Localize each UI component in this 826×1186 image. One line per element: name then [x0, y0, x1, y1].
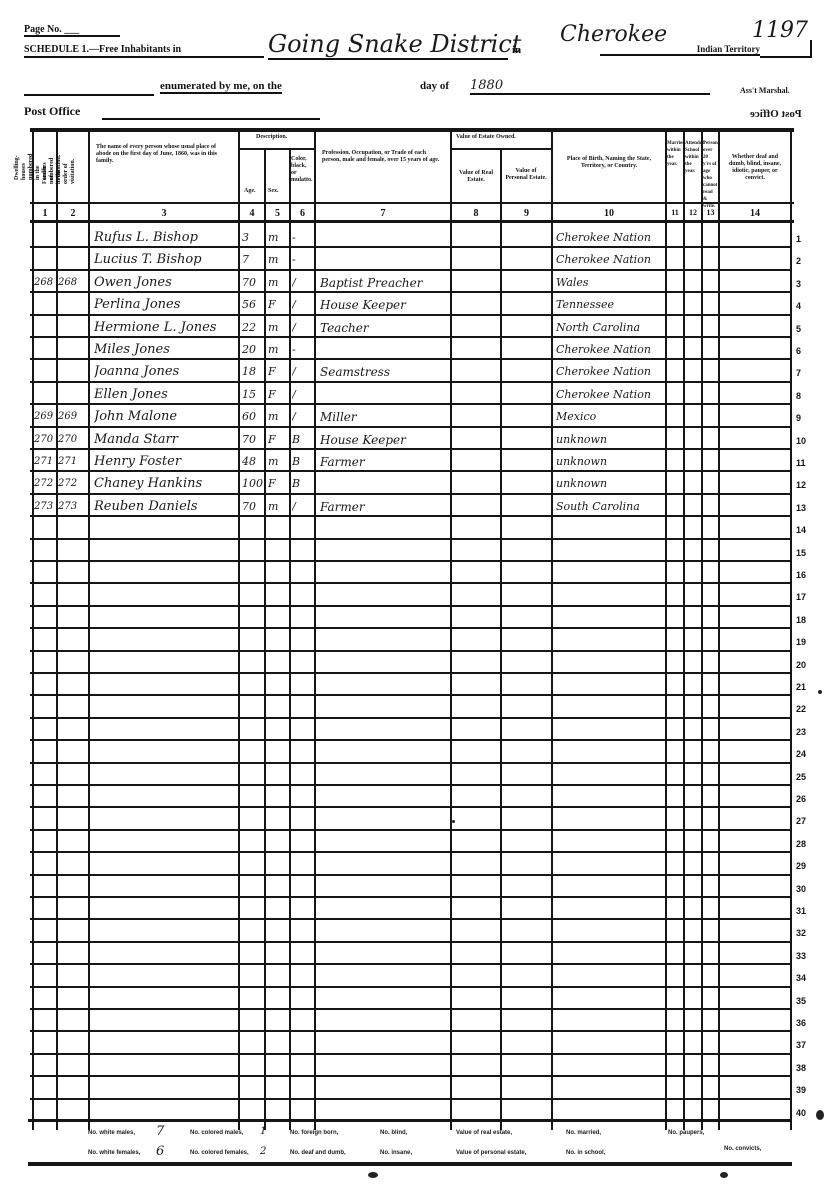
line-number: 30 — [796, 884, 806, 894]
line-number: 18 — [796, 615, 806, 625]
cell-sex: m — [268, 342, 288, 358]
footer-blind-label: No. blind, — [380, 1130, 407, 1136]
col-divider-14 — [790, 130, 792, 1130]
line-number: 4 — [796, 301, 801, 311]
cell-name: Hermione L. Jones — [94, 320, 236, 336]
footer-white-females-value: 6 — [156, 1144, 164, 1159]
col-divider-8 — [500, 150, 502, 1130]
cell-name: Manda Starr — [94, 432, 236, 448]
post-office-blank — [102, 118, 320, 120]
cell-dwelling: 271 — [34, 454, 56, 470]
cell-name: Lucius T. Bishop — [94, 252, 236, 268]
row-rule — [30, 941, 790, 943]
cell-name: Chaney Hankins — [94, 476, 236, 492]
enumerated-label: enumerated by me, on the — [160, 80, 282, 94]
line-number: 9 — [796, 413, 801, 423]
colnum-10: 10 — [553, 208, 665, 219]
cell-sex: m — [268, 320, 288, 336]
schedule-label: SCHEDULE 1.—Free Inhabitants in — [24, 44, 264, 58]
cell-dwelling: 273 — [34, 499, 56, 515]
row-rule — [30, 694, 790, 696]
cell-occupation: Farmer — [320, 454, 448, 470]
colnum-14: 14 — [720, 208, 790, 219]
cell-sex: m — [268, 230, 288, 246]
cell-birthplace: unknown — [556, 454, 664, 470]
footer-white-males-label: No. white males, — [88, 1130, 135, 1136]
col-divider-6 — [314, 130, 316, 1130]
line-number: 12 — [796, 480, 806, 490]
cell-color: / — [292, 499, 312, 515]
cell-dwelling: 272 — [34, 476, 56, 492]
cell-sex: m — [268, 252, 288, 268]
cell-name: Rufus L. Bishop — [94, 230, 236, 246]
col4-header: Age. — [244, 188, 256, 195]
cell-birthplace: unknown — [556, 432, 664, 448]
line-number: 28 — [796, 839, 806, 849]
row-rule — [30, 918, 790, 920]
line-number: 37 — [796, 1040, 806, 1050]
cell-birthplace: Cherokee Nation — [556, 230, 664, 246]
cell-occupation: House Keeper — [320, 297, 448, 313]
row-rule — [30, 515, 790, 517]
line-number: 2 — [796, 256, 801, 266]
cell-birthplace: Mexico — [556, 409, 664, 425]
cell-color: - — [292, 252, 312, 268]
sheet-number-bracket — [760, 40, 812, 58]
footer-col-males-label: No. colored males, — [190, 1130, 243, 1136]
cell-sex: m — [268, 275, 288, 291]
footer-foreign-born-label: No. foreign born, — [290, 1130, 338, 1136]
line-number: 39 — [796, 1085, 806, 1095]
cell-age: 22 — [242, 320, 264, 336]
row-rule — [30, 1053, 790, 1055]
row-rule — [30, 582, 790, 584]
cell-age: 56 — [242, 297, 264, 313]
col-divider-13 — [718, 130, 720, 1130]
row-rule — [30, 1075, 790, 1077]
cell-sex: F — [268, 387, 288, 403]
line-number: 5 — [796, 324, 801, 334]
ink-speck — [818, 690, 822, 694]
row-rule — [30, 493, 790, 495]
footer-personal-label: Value of personal estate, — [456, 1150, 526, 1156]
row-rule — [30, 986, 790, 988]
enumeration-date: 1880 — [470, 78, 710, 95]
cell-dwelling: 269 — [34, 409, 56, 425]
cell-age: 7 — [242, 252, 264, 268]
cell-dwelling: 268 — [34, 275, 56, 291]
ink-speck — [816, 1110, 824, 1120]
row-rule — [30, 784, 790, 786]
cell-sex: F — [268, 476, 288, 492]
line-number: 24 — [796, 749, 806, 759]
line-number: 19 — [796, 637, 806, 647]
value-estate-underline — [450, 148, 551, 150]
cell-birthplace: South Carolina — [556, 499, 664, 515]
colnum-1: 1 — [34, 208, 56, 219]
line-number: 16 — [796, 570, 806, 580]
col8-header: Value of Real Estate. — [454, 170, 498, 184]
post-office-mirror-label: Post Office — [750, 108, 802, 120]
col13-header: Persons over 20 y'rs of age who cannot r… — [703, 140, 717, 210]
cell-sex: m — [268, 409, 288, 425]
footer-convicts-label: No. convicts, — [724, 1146, 761, 1152]
cell-occupation: Farmer — [320, 499, 448, 515]
footer-paupers-label: No. paupers, — [668, 1130, 704, 1136]
line-number: 14 — [796, 525, 806, 535]
row-rule — [30, 426, 790, 428]
footer-col-females-value: 2 — [260, 1146, 266, 1157]
cell-color: B — [292, 432, 312, 448]
footer-deaf-dumb-label: No. deaf and dumb, — [290, 1150, 346, 1156]
cell-family: 268 — [58, 275, 88, 291]
cell-family: 272 — [58, 476, 88, 492]
cell-birthplace: Cherokee Nation — [556, 252, 664, 268]
row-rule — [30, 246, 790, 248]
col6-header: Color, black, or mulatto. — [291, 156, 313, 184]
row-rule — [30, 1008, 790, 1010]
line-number: 21 — [796, 682, 806, 692]
line-number: 8 — [796, 391, 801, 401]
cell-color: / — [292, 387, 312, 403]
cell-color: / — [292, 409, 312, 425]
row-rule — [30, 470, 790, 472]
cell-age: 70 — [242, 432, 264, 448]
colnum-11: 11 — [667, 208, 683, 217]
row-rule — [30, 851, 790, 853]
colnum-12: 12 — [685, 208, 701, 217]
row-rule — [30, 605, 790, 607]
cell-birthplace: Cherokee Nation — [556, 364, 664, 380]
table-top-border — [30, 128, 794, 132]
row-rule — [30, 829, 790, 831]
row-rule — [30, 874, 790, 876]
row-rule — [30, 739, 790, 741]
footer-school-label: No. in school, — [566, 1150, 605, 1156]
line-number: 33 — [796, 951, 806, 961]
description-header: Description. — [256, 134, 316, 141]
cell-age: 60 — [242, 409, 264, 425]
cell-birthplace: Cherokee Nation — [556, 387, 664, 403]
cell-color: - — [292, 342, 312, 358]
col5-header: Sex. — [268, 188, 279, 195]
footer-white-males-value: 7 — [156, 1124, 164, 1139]
cell-occupation: Teacher — [320, 320, 448, 336]
col3-header: The name of every person whose usual pla… — [96, 144, 226, 165]
col14-header: Whether deaf and dumb, blind, insane, id… — [724, 154, 786, 182]
line-number: 3 — [796, 279, 801, 289]
row-rule — [30, 963, 790, 965]
row-rule — [30, 336, 790, 338]
line-number: 29 — [796, 861, 806, 871]
row-rule — [30, 314, 790, 316]
cell-age: 70 — [242, 499, 264, 515]
row-rule — [30, 448, 790, 450]
colnum-6: 6 — [291, 208, 314, 219]
cell-age: 18 — [242, 364, 264, 380]
line-number: 1 — [796, 234, 801, 244]
row-rule — [30, 358, 790, 360]
line-number: 10 — [796, 436, 806, 446]
footer-white-females-label: No. white females, — [88, 1150, 140, 1156]
row-rule — [30, 672, 790, 674]
colnum-3: 3 — [90, 208, 238, 219]
cell-birthplace: North Carolina — [556, 320, 664, 336]
line-number: 22 — [796, 704, 806, 714]
territory-label: Indian Territory — [600, 44, 760, 56]
cell-sex: m — [268, 499, 288, 515]
cell-name: Joanna Jones — [94, 364, 236, 380]
district-name: Going Snake District — [268, 30, 508, 60]
cell-name: Miles Jones — [94, 342, 236, 358]
cell-sex: m — [268, 454, 288, 470]
line-number: 11 — [796, 458, 806, 468]
row-rule — [30, 627, 790, 629]
cell-age: 70 — [242, 275, 264, 291]
cell-age: 48 — [242, 454, 264, 470]
col-divider-4 — [264, 150, 266, 1130]
colnum-8: 8 — [452, 208, 500, 219]
line-number: 13 — [796, 503, 806, 513]
row-rule — [30, 1030, 790, 1032]
in-label: in — [512, 44, 521, 56]
col2-header: Families numbered in the order of visita… — [42, 156, 77, 184]
footer-bottom-border — [28, 1162, 792, 1166]
line-number: 25 — [796, 772, 806, 782]
cell-name: Ellen Jones — [94, 387, 236, 403]
row-rule — [30, 896, 790, 898]
day-label: day of — [420, 80, 449, 92]
line-number: 36 — [796, 1018, 806, 1028]
cell-color: B — [292, 476, 312, 492]
col-divider-3 — [238, 130, 240, 1130]
col-divider-12 — [701, 130, 703, 1130]
enumerated-blank — [24, 94, 154, 96]
row-rule — [30, 650, 790, 652]
cell-family: 271 — [58, 454, 88, 470]
col11-header: Married within the year. — [667, 140, 681, 168]
footer-insane-label: No. insane, — [380, 1150, 412, 1156]
line-number: 38 — [796, 1063, 806, 1073]
line-number: 6 — [796, 346, 801, 356]
line-number: 7 — [796, 368, 801, 378]
cell-name: Perlina Jones — [94, 297, 236, 313]
cell-color: / — [292, 297, 312, 313]
line-number: 20 — [796, 660, 806, 670]
cell-dwelling: 270 — [34, 432, 56, 448]
cell-name: Henry Foster — [94, 454, 236, 470]
colnum-2: 2 — [58, 208, 88, 219]
row-rule — [30, 806, 790, 808]
ink-speck — [720, 1172, 728, 1178]
cell-color: / — [292, 320, 312, 336]
col-divider-10 — [665, 130, 667, 1130]
line-number: 31 — [796, 906, 806, 916]
row-rule — [30, 381, 790, 383]
col9-header: Value of Personal Estate. — [504, 168, 548, 182]
line-number: 26 — [796, 794, 806, 804]
ass-marshal-label: Ass't Marshal. — [740, 86, 790, 95]
cell-birthplace: unknown — [556, 476, 664, 492]
col10-header: Place of Birth, Naming the State, Territ… — [556, 156, 662, 170]
cell-sex: F — [268, 364, 288, 380]
colnum-9: 9 — [502, 208, 551, 219]
line-number: 27 — [796, 816, 806, 826]
row-rule — [30, 1098, 790, 1100]
post-office-label: Post Office — [24, 104, 80, 119]
line-number: 40 — [796, 1108, 806, 1118]
row-rule — [30, 717, 790, 719]
description-underline — [238, 148, 314, 150]
row-rule — [30, 762, 790, 764]
cell-birthplace: Cherokee Nation — [556, 342, 664, 358]
cell-color: / — [292, 275, 312, 291]
col-divider-2 — [88, 130, 90, 1130]
col12-header: Attended School within the year. — [685, 140, 699, 175]
cell-occupation: Seamstress — [320, 364, 448, 380]
footer-real-estate-label: Value of real estate, — [456, 1130, 512, 1136]
line-number: 17 — [796, 592, 806, 602]
ink-speck — [452, 820, 455, 823]
cell-age: 15 — [242, 387, 264, 403]
cell-family: 269 — [58, 409, 88, 425]
cell-family: 270 — [58, 432, 88, 448]
cell-family: 273 — [58, 499, 88, 515]
line-number: 23 — [796, 727, 806, 737]
header-bottom-border — [30, 202, 794, 204]
col-divider-7 — [450, 130, 452, 1130]
col-divider-11 — [683, 130, 685, 1130]
colnum-13: 13 — [703, 208, 718, 217]
cell-age: 3 — [242, 230, 264, 246]
line-number: 32 — [796, 928, 806, 938]
row-rule — [30, 538, 790, 540]
footer-col-males-value: 1 — [260, 1126, 266, 1137]
table-bottom-border — [28, 1119, 792, 1122]
col-divider-5 — [289, 150, 291, 1130]
row-rule — [30, 269, 790, 271]
cell-occupation: Baptist Preacher — [320, 275, 448, 291]
cell-color: / — [292, 364, 312, 380]
row-rule — [30, 291, 790, 293]
cell-age: 20 — [242, 342, 264, 358]
cell-sex: F — [268, 432, 288, 448]
colnum-7: 7 — [316, 208, 450, 219]
ink-speck — [368, 1172, 378, 1178]
cell-birthplace: Tennessee — [556, 297, 664, 313]
colnum-5: 5 — [266, 208, 289, 219]
cell-color: - — [292, 230, 312, 246]
footer-married-label: No. married, — [566, 1130, 601, 1136]
cell-name: John Malone — [94, 409, 236, 425]
cell-age: 100 — [242, 476, 264, 492]
col-divider-9 — [551, 130, 553, 1130]
line-number: 34 — [796, 973, 806, 983]
cell-name: Owen Jones — [94, 275, 236, 291]
cell-occupation: Miller — [320, 409, 448, 425]
page-number-stamp: Page No. ___ — [24, 24, 120, 37]
value-estate-header: Value of Estate Owned. — [456, 134, 550, 141]
line-number: 35 — [796, 996, 806, 1006]
row-rule — [30, 403, 790, 405]
cell-name: Reuben Daniels — [94, 499, 236, 515]
cell-occupation: House Keeper — [320, 432, 448, 448]
cell-birthplace: Wales — [556, 275, 664, 291]
row-rule — [30, 560, 790, 562]
colnum-bottom-border — [30, 220, 794, 223]
col7-header: Profession, Occupation, or Trade of each… — [322, 150, 446, 164]
cell-color: B — [292, 454, 312, 470]
line-number: 15 — [796, 548, 806, 558]
colnum-4: 4 — [240, 208, 264, 219]
cell-sex: F — [268, 297, 288, 313]
footer-col-females-label: No. colored females, — [190, 1150, 249, 1156]
